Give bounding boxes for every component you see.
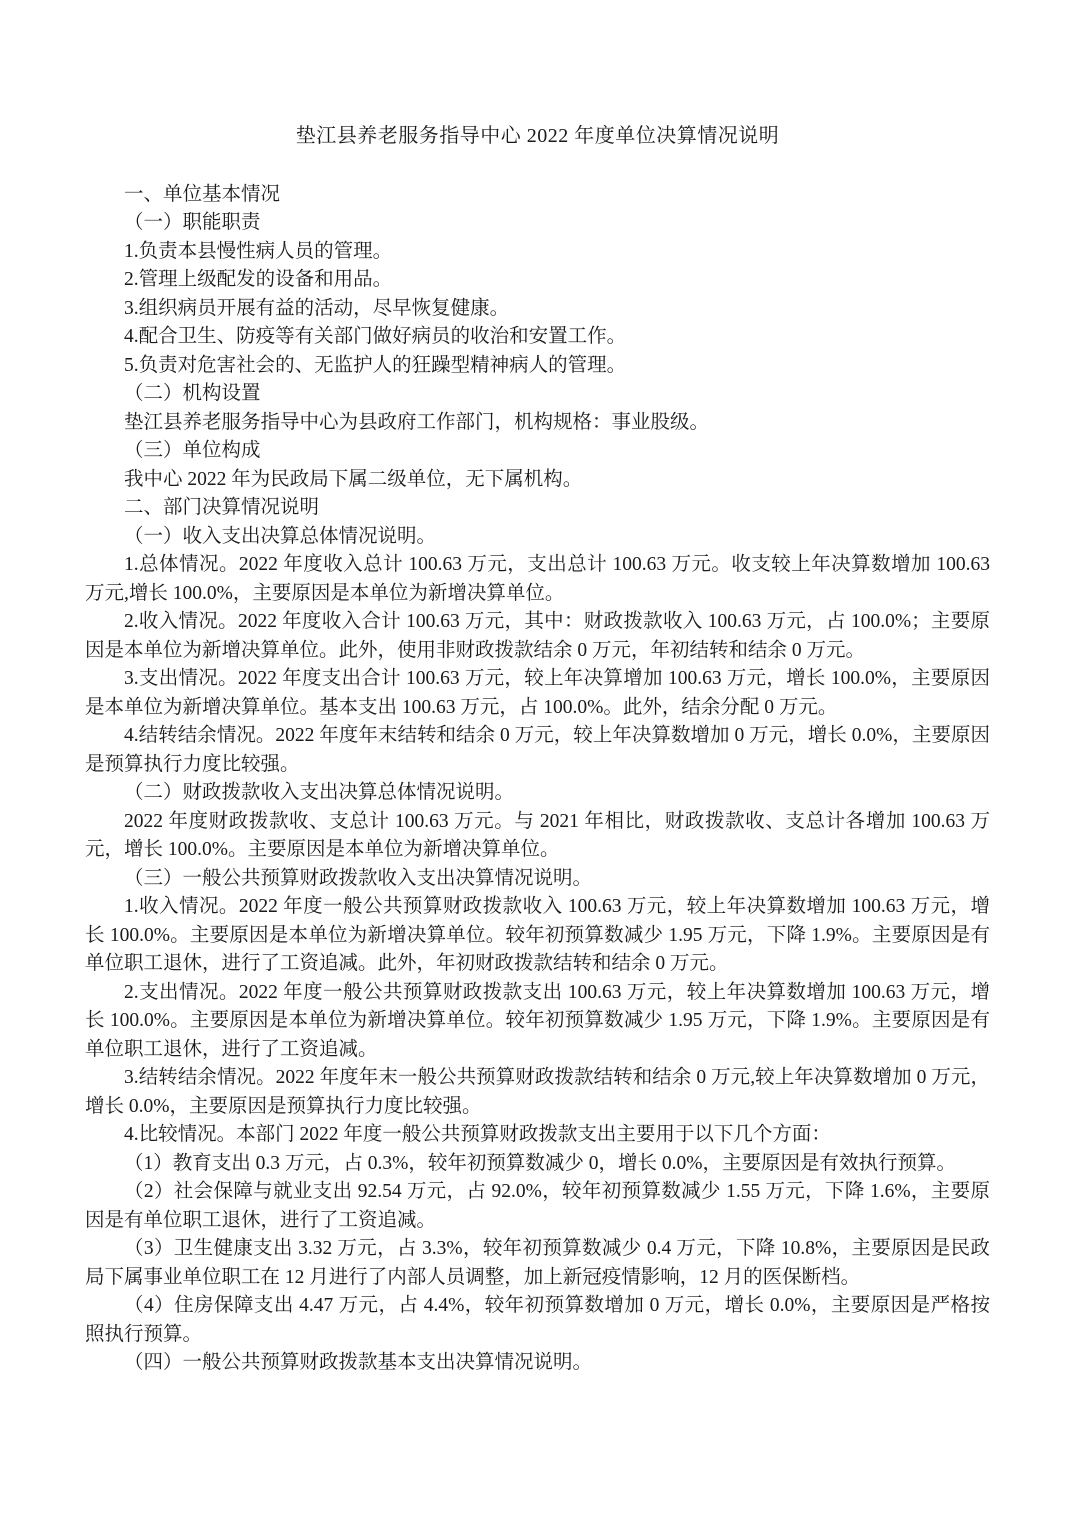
list-item: （4）住房保障支出 4.47 万元，占 4.4%，较年初预算数增加 0 万元，增… <box>85 1292 990 1349</box>
list-item: （3）卫生健康支出 3.32 万元，占 3.3%，较年初预算数减少 0.4 万元… <box>85 1235 990 1292</box>
list-item: 3.组织病员开展有益的活动，尽早恢复健康。 <box>85 295 990 324</box>
paragraph: 1.总体情况。2022 年度收入总计 100.63 万元，支出总计 100.63… <box>85 551 990 608</box>
paragraph: 我中心 2022 年为民政局下属二级单位，无下属机构。 <box>85 466 990 495</box>
subsection-heading: （四）一般公共预算财政拨款基本支出决算情况说明。 <box>85 1349 990 1378</box>
list-item: 1.负责本县慢性病人员的管理。 <box>85 238 990 267</box>
paragraph: 2.收入情况。2022 年度收入合计 100.63 万元，其中：财政拨款收入 1… <box>85 608 990 665</box>
subsection-heading: （二）财政拨款收入支出决算总体情况说明。 <box>85 779 990 808</box>
list-item: （2）社会保障与就业支出 92.54 万元，占 92.0%，较年初预算数减少 1… <box>85 1178 990 1235</box>
paragraph: 3.结转结余情况。2022 年度年末一般公共预算财政拨款结转和结余 0 万元,较… <box>85 1064 990 1121</box>
list-item: 2.管理上级配发的设备和用品。 <box>85 266 990 295</box>
list-item: 4.配合卫生、防疫等有关部门做好病员的收治和安置工作。 <box>85 323 990 352</box>
subsection-heading: （一）收入支出决算总体情况说明。 <box>85 523 990 552</box>
section-heading: 二、部门决算情况说明 <box>85 494 990 523</box>
paragraph: 4.比较情况。本部门 2022 年度一般公共预算财政拨款支出主要用于以下几个方面… <box>85 1121 990 1150</box>
section-heading: 一、单位基本情况 <box>85 181 990 210</box>
paragraph: 2.支出情况。2022 年度一般公共预算财政拨款支出 100.63 万元，较上年… <box>85 979 990 1065</box>
document-page: 垫江县养老服务指导中心 2022 年度单位决算情况说明 一、单位基本情况 （一）… <box>0 0 1074 1520</box>
paragraph: 4.结转结余情况。2022 年度年末结转和结余 0 万元，较上年决算数增加 0 … <box>85 722 990 779</box>
list-item: （1）教育支出 0.3 万元，占 0.3%，较年初预算数减少 0，增长 0.0%… <box>85 1150 990 1179</box>
document-title: 垫江县养老服务指导中心 2022 年度单位决算情况说明 <box>85 122 990 151</box>
paragraph: 1.收入情况。2022 年度一般公共预算财政拨款收入 100.63 万元，较上年… <box>85 893 990 979</box>
list-item: 5.负责对危害社会的、无监护人的狂躁型精神病人的管理。 <box>85 352 990 381</box>
subsection-heading: （二）机构设置 <box>85 380 990 409</box>
subsection-heading: （三）单位构成 <box>85 437 990 466</box>
paragraph: 垫江县养老服务指导中心为县政府工作部门，机构规格：事业股级。 <box>85 409 990 438</box>
subsection-heading: （一）职能职责 <box>85 209 990 238</box>
paragraph: 3.支出情况。2022 年度支出合计 100.63 万元，较上年决算增加 100… <box>85 665 990 722</box>
subsection-heading: （三）一般公共预算财政拨款收入支出决算情况说明。 <box>85 865 990 894</box>
paragraph: 2022 年度财政拨款收、支总计 100.63 万元。与 2021 年相比，财政… <box>85 808 990 865</box>
